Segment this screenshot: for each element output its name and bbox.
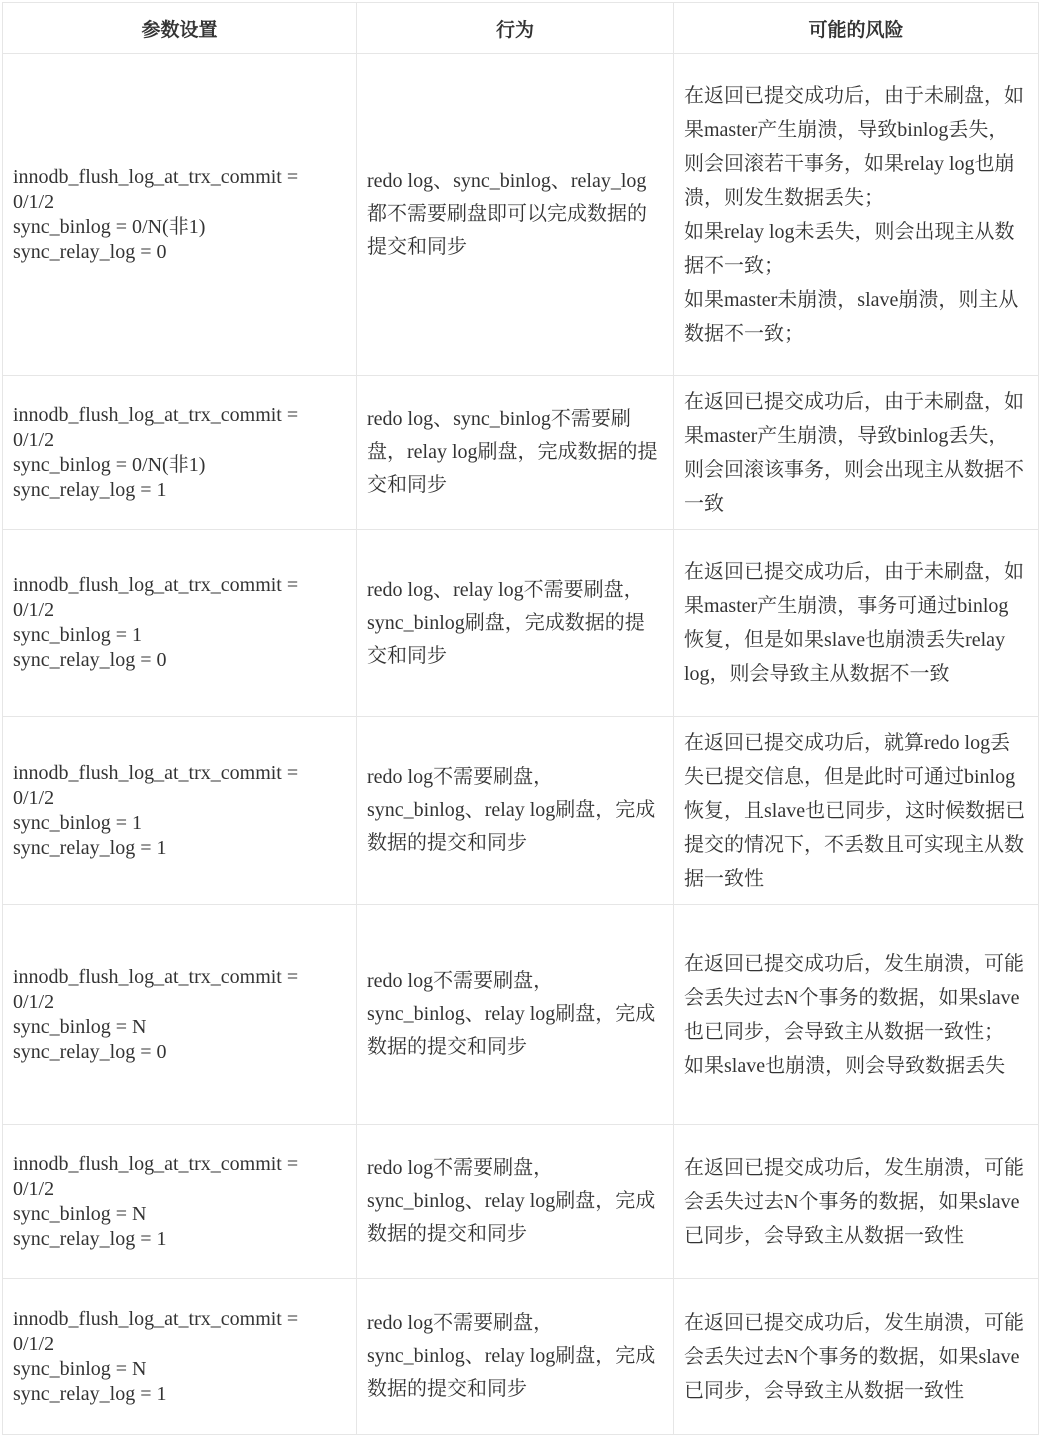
- param-sync-relay-log: sync_relay_log = 1: [13, 478, 346, 503]
- param-sync-relay-log: sync_relay_log = 1: [13, 836, 346, 861]
- param-innodb-flush: innodb_flush_log_at_trx_commit =: [13, 1152, 346, 1177]
- behavior-text: redo log不需要刷盘，sync_binlog、relay log刷盘，完成…: [367, 761, 663, 860]
- param-innodb-flush-value: 0/1/2: [13, 190, 346, 215]
- params-cell: innodb_flush_log_at_trx_commit = 0/1/2 s…: [3, 1125, 357, 1279]
- behavior-text: redo log、sync_binlog不需要刷盘，relay log刷盘，完成…: [367, 403, 663, 502]
- header-risk: 可能的风险: [674, 3, 1039, 54]
- param-sync-relay-log: sync_relay_log = 1: [13, 1227, 346, 1252]
- risk-text: 如果master未崩溃，slave崩溃，则主从数据不一致；: [684, 283, 1028, 351]
- param-innodb-flush-value: 0/1/2: [13, 786, 346, 811]
- risk-text: 在返回已提交成功后，发生崩溃，可能会丢失过去N个事务的数据，如果slave已同步…: [684, 1306, 1028, 1408]
- config-risk-table: 参数设置 行为 可能的风险 innodb_flush_log_at_trx_co…: [2, 2, 1039, 1435]
- param-sync-relay-log: sync_relay_log = 0: [13, 240, 346, 265]
- behavior-cell: redo log、relay log不需要刷盘，sync_binlog刷盘，完成…: [357, 530, 674, 717]
- risk-cell: 在返回已提交成功后，发生崩溃，可能会丢失过去N个事务的数据，如果slave已同步…: [674, 1279, 1039, 1435]
- header-behavior: 行为: [357, 3, 674, 54]
- risk-text: 如果relay log未丢失，则会出现主从数据不一致；: [684, 215, 1028, 283]
- risk-cell: 在返回已提交成功后，就算redo log丢失已提交信息，但是此时可通过binlo…: [674, 717, 1039, 905]
- risk-text: 在返回已提交成功后，由于未刷盘，如果master产生崩溃，事务可通过binlog…: [684, 555, 1028, 691]
- params-cell: innodb_flush_log_at_trx_commit = 0/1/2 s…: [3, 54, 357, 376]
- behavior-text: redo log不需要刷盘，sync_binlog、relay log刷盘，完成…: [367, 965, 663, 1064]
- behavior-text: redo log不需要刷盘，sync_binlog、relay log刷盘，完成…: [367, 1152, 663, 1251]
- params-cell: innodb_flush_log_at_trx_commit = 0/1/2 s…: [3, 905, 357, 1125]
- header-row: 参数设置 行为 可能的风险: [3, 3, 1039, 54]
- risk-cell: 在返回已提交成功后，发生崩溃，可能会丢失过去N个事务的数据，如果slave已同步…: [674, 1125, 1039, 1279]
- behavior-cell: redo log不需要刷盘，sync_binlog、relay log刷盘，完成…: [357, 905, 674, 1125]
- param-sync-relay-log: sync_relay_log = 0: [13, 1040, 346, 1065]
- param-sync-binlog: sync_binlog = 1: [13, 623, 346, 648]
- behavior-text: redo log不需要刷盘，sync_binlog、relay log刷盘，完成…: [367, 1307, 663, 1406]
- table-row: innodb_flush_log_at_trx_commit = 0/1/2 s…: [3, 905, 1039, 1125]
- behavior-text: redo log、relay log不需要刷盘，sync_binlog刷盘，完成…: [367, 574, 663, 673]
- param-innodb-flush: innodb_flush_log_at_trx_commit =: [13, 965, 346, 990]
- risk-text: 在返回已提交成功后，由于未刷盘，如果master产生崩溃，导致binlog丢失，…: [684, 385, 1028, 521]
- table-row: innodb_flush_log_at_trx_commit = 0/1/2 s…: [3, 717, 1039, 905]
- params-cell: innodb_flush_log_at_trx_commit = 0/1/2 s…: [3, 1279, 357, 1435]
- risk-cell: 在返回已提交成功后，由于未刷盘，如果master产生崩溃，导致binlog丢失，…: [674, 376, 1039, 530]
- behavior-cell: redo log不需要刷盘，sync_binlog、relay log刷盘，完成…: [357, 1279, 674, 1435]
- risk-cell: 在返回已提交成功后，由于未刷盘，如果master产生崩溃，导致binlog丢失，…: [674, 54, 1039, 376]
- table-row: innodb_flush_log_at_trx_commit = 0/1/2 s…: [3, 54, 1039, 376]
- param-sync-binlog: sync_binlog = N: [13, 1202, 346, 1227]
- table-header: 参数设置 行为 可能的风险: [3, 3, 1039, 54]
- behavior-cell: redo log不需要刷盘，sync_binlog、relay log刷盘，完成…: [357, 717, 674, 905]
- param-innodb-flush-value: 0/1/2: [13, 598, 346, 623]
- table-row: innodb_flush_log_at_trx_commit = 0/1/2 s…: [3, 530, 1039, 717]
- param-innodb-flush: innodb_flush_log_at_trx_commit =: [13, 761, 346, 786]
- param-sync-relay-log: sync_relay_log = 0: [13, 648, 346, 673]
- param-innodb-flush: innodb_flush_log_at_trx_commit =: [13, 403, 346, 428]
- risk-text: 在返回已提交成功后，由于未刷盘，如果master产生崩溃，导致binlog丢失，…: [684, 79, 1028, 215]
- param-innodb-flush: innodb_flush_log_at_trx_commit =: [13, 1307, 346, 1332]
- param-innodb-flush-value: 0/1/2: [13, 990, 346, 1015]
- risk-cell: 在返回已提交成功后，发生崩溃，可能会丢失过去N个事务的数据，如果slave也已同…: [674, 905, 1039, 1125]
- behavior-cell: redo log、sync_binlog不需要刷盘，relay log刷盘，完成…: [357, 376, 674, 530]
- param-innodb-flush: innodb_flush_log_at_trx_commit =: [13, 165, 346, 190]
- param-sync-binlog: sync_binlog = N: [13, 1357, 346, 1382]
- behavior-cell: redo log不需要刷盘，sync_binlog、relay log刷盘，完成…: [357, 1125, 674, 1279]
- table-row: innodb_flush_log_at_trx_commit = 0/1/2 s…: [3, 1279, 1039, 1435]
- header-params: 参数设置: [3, 3, 357, 54]
- param-sync-binlog: sync_binlog = 0/N(非1): [13, 215, 346, 240]
- behavior-text: redo log、sync_binlog、relay_log都不需要刷盘即可以完…: [367, 165, 663, 264]
- params-cell: innodb_flush_log_at_trx_commit = 0/1/2 s…: [3, 717, 357, 905]
- risk-text: 在返回已提交成功后，就算redo log丢失已提交信息，但是此时可通过binlo…: [684, 726, 1028, 896]
- param-innodb-flush-value: 0/1/2: [13, 428, 346, 453]
- table-row: innodb_flush_log_at_trx_commit = 0/1/2 s…: [3, 376, 1039, 530]
- params-cell: innodb_flush_log_at_trx_commit = 0/1/2 s…: [3, 530, 357, 717]
- risk-text: 如果slave也崩溃，则会导致数据丢失: [684, 1049, 1028, 1083]
- param-sync-relay-log: sync_relay_log = 1: [13, 1382, 346, 1407]
- risk-cell: 在返回已提交成功后，由于未刷盘，如果master产生崩溃，事务可通过binlog…: [674, 530, 1039, 717]
- risk-text: 在返回已提交成功后，发生崩溃，可能会丢失过去N个事务的数据，如果slave已同步…: [684, 1151, 1028, 1253]
- table-body: innodb_flush_log_at_trx_commit = 0/1/2 s…: [3, 54, 1039, 1435]
- table-row: innodb_flush_log_at_trx_commit = 0/1/2 s…: [3, 1125, 1039, 1279]
- params-cell: innodb_flush_log_at_trx_commit = 0/1/2 s…: [3, 376, 357, 530]
- param-sync-binlog: sync_binlog = N: [13, 1015, 346, 1040]
- param-sync-binlog: sync_binlog = 0/N(非1): [13, 453, 346, 478]
- param-innodb-flush-value: 0/1/2: [13, 1332, 346, 1357]
- param-sync-binlog: sync_binlog = 1: [13, 811, 346, 836]
- param-innodb-flush: innodb_flush_log_at_trx_commit =: [13, 573, 346, 598]
- param-innodb-flush-value: 0/1/2: [13, 1177, 346, 1202]
- behavior-cell: redo log、sync_binlog、relay_log都不需要刷盘即可以完…: [357, 54, 674, 376]
- risk-text: 在返回已提交成功后，发生崩溃，可能会丢失过去N个事务的数据，如果slave也已同…: [684, 947, 1028, 1049]
